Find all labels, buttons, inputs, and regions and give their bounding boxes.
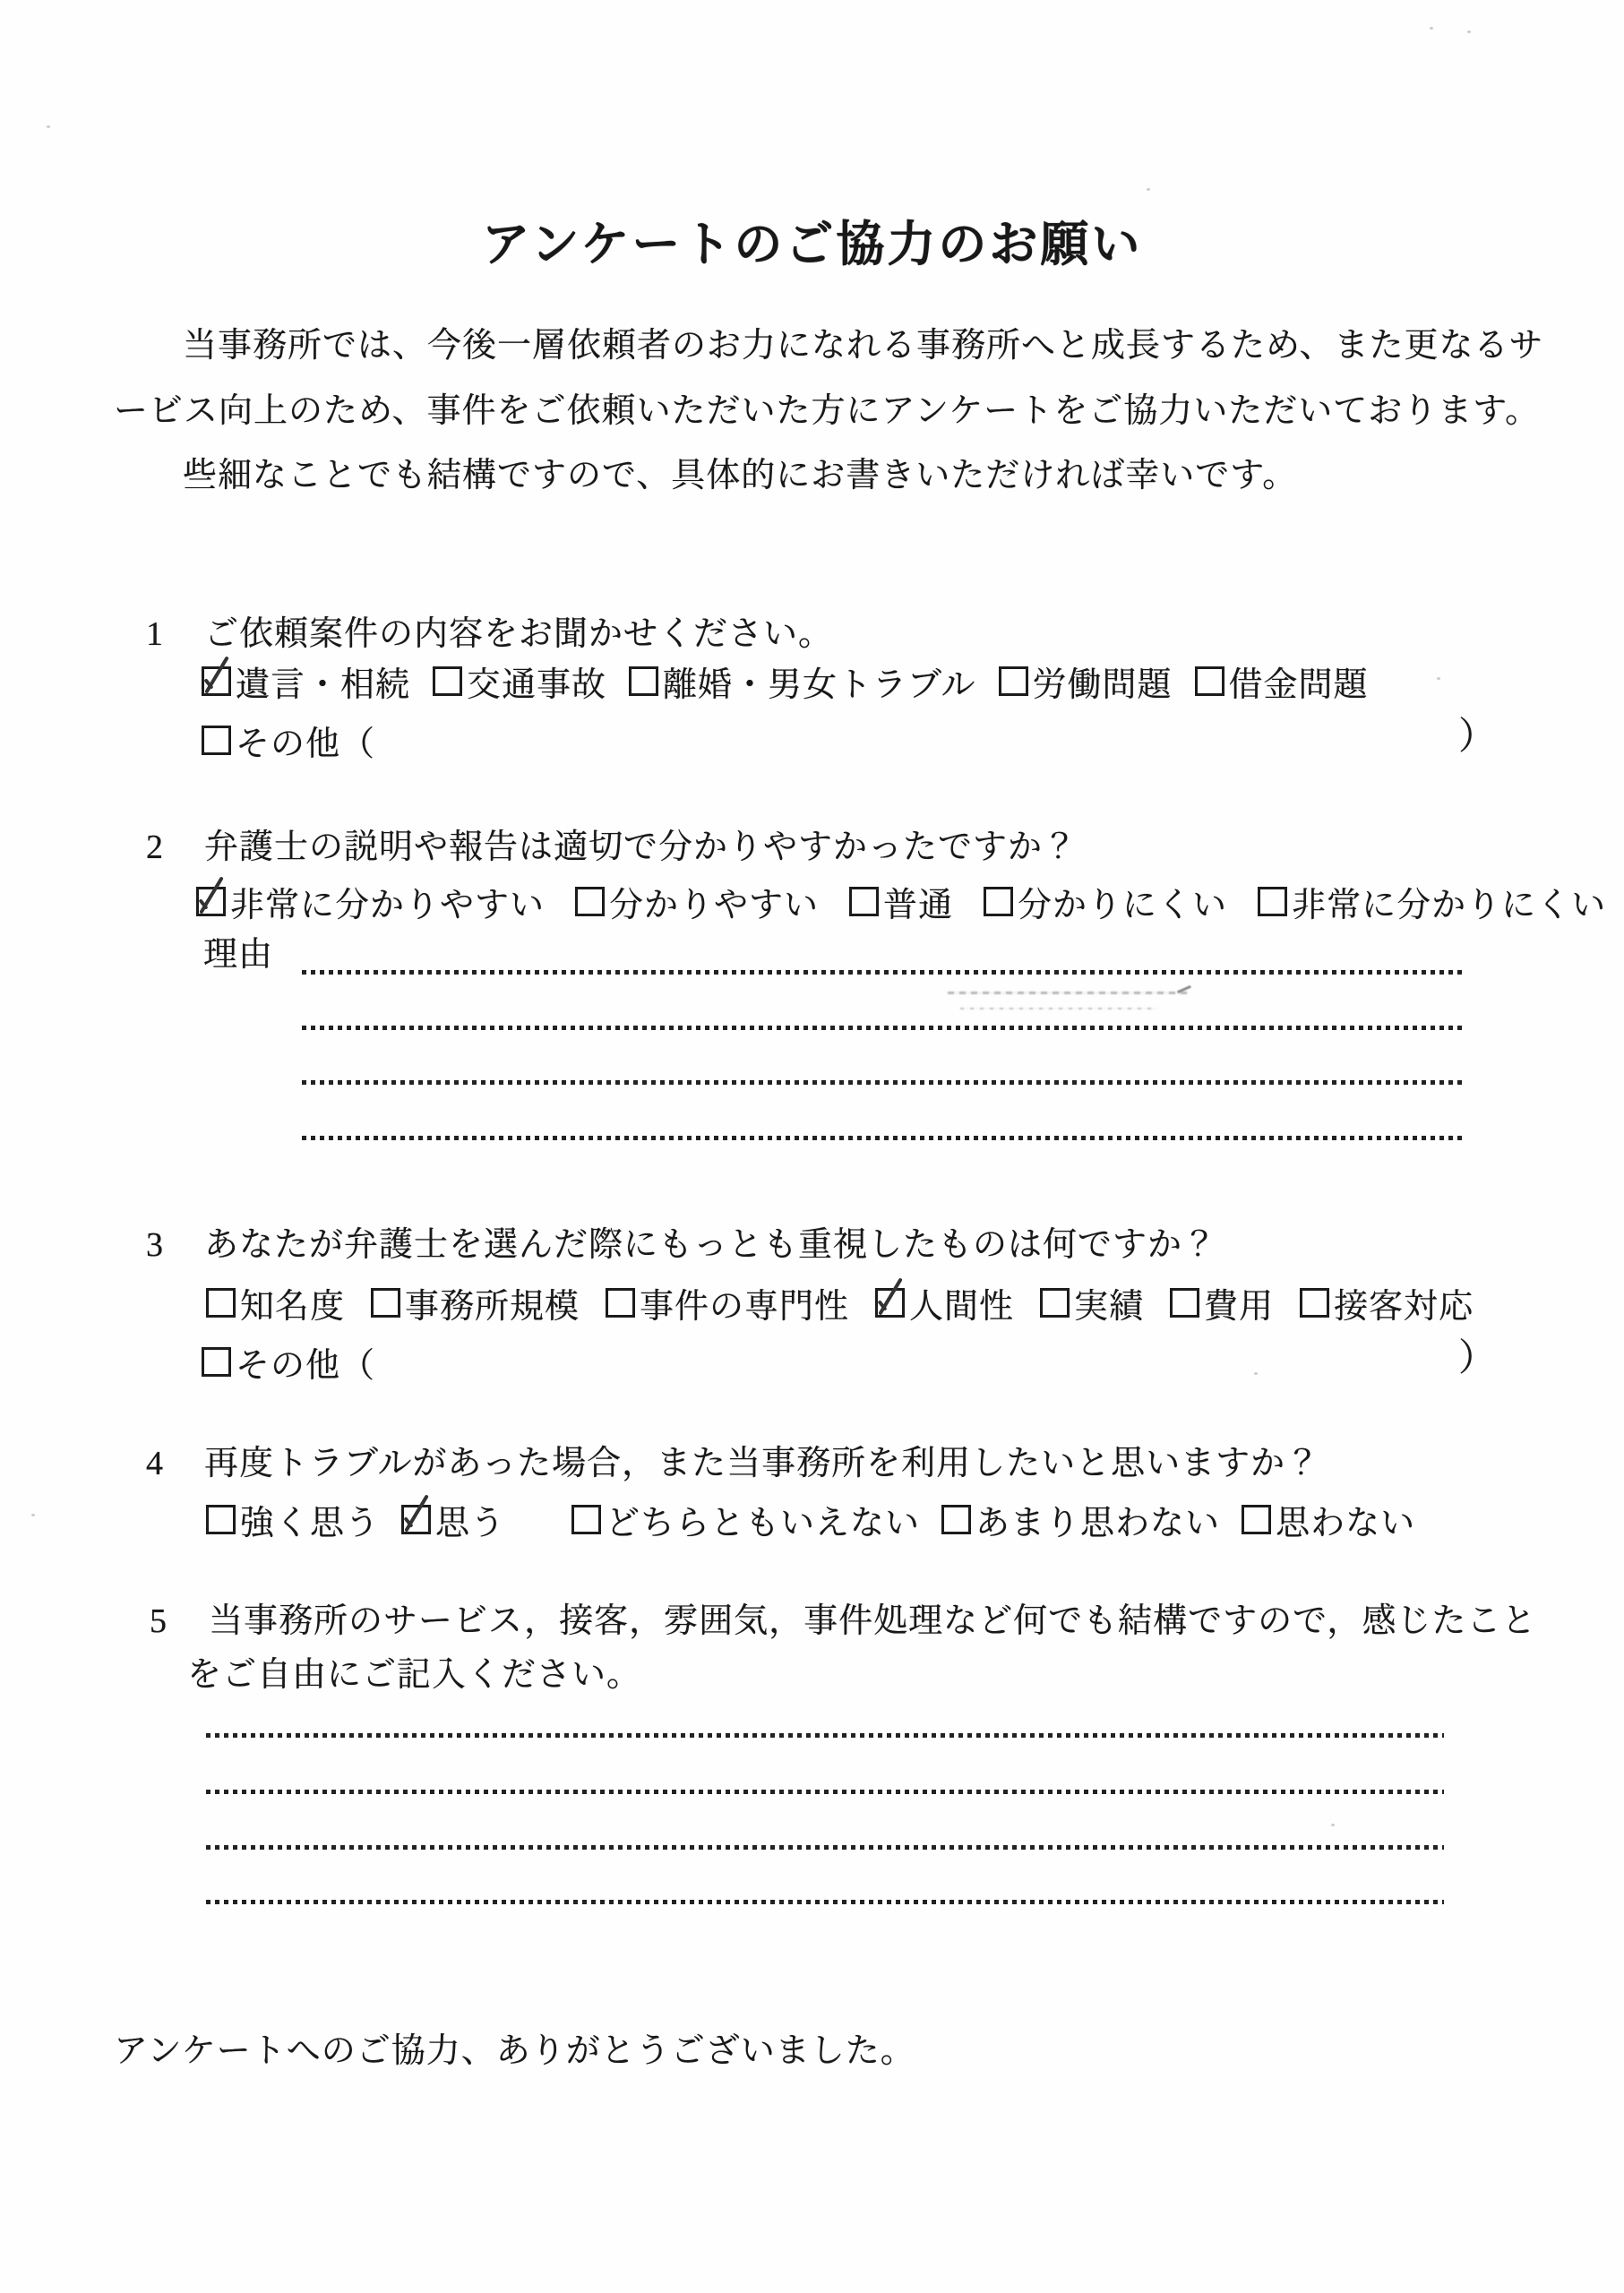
checkbox[interactable] — [875, 1288, 905, 1318]
checkbox[interactable] — [941, 1505, 971, 1534]
option-label: 接客対応 — [1334, 1278, 1474, 1327]
option-label: 強く思う — [240, 1495, 380, 1544]
q3-options-row: 知名度 事務所規模 事件の専門性 人間性 実績 費用 接客対応 — [206, 1281, 1474, 1324]
checkbox-option[interactable]: 強く思う — [206, 1495, 380, 1544]
question-text: ご依頼案件の内容をお聞かせください。 — [204, 614, 833, 656]
erased-pencil-smudge — [948, 985, 1188, 1016]
option-label: 人間性 — [909, 1278, 1014, 1327]
option-label: 非常に分かりにくい — [1292, 877, 1606, 926]
checkbox-option[interactable]: 非常に分かりにくい — [1258, 877, 1606, 926]
option-label: 費用 — [1204, 1278, 1274, 1327]
question-text: 再度トラブルがあった場合，また当事務所を利用したいと思いますか？ — [204, 1444, 1320, 1485]
checkbox-option[interactable]: 非常に分かりやすい — [196, 877, 545, 926]
checkbox-option[interactable]: 接客対応 — [1300, 1278, 1474, 1327]
checkbox-option-other[interactable]: その他（ — [202, 1337, 375, 1387]
checkbox-option[interactable]: 実績 — [1040, 1278, 1144, 1327]
checkbox-option[interactable]: 費用 — [1170, 1278, 1274, 1327]
checkbox-option[interactable]: 知名度 — [206, 1278, 345, 1327]
question-text: をご自由にご記入ください。 — [187, 1655, 641, 1696]
question-text: あなたが弁護士を選んだ際にもっとも重視したものは何ですか？ — [204, 1225, 1217, 1267]
option-label: 思わない — [1276, 1495, 1415, 1544]
option-label: 実績 — [1074, 1278, 1144, 1327]
checkbox-option[interactable]: 労働問題 — [999, 657, 1173, 706]
checkbox-option[interactable]: 借金問題 — [1195, 657, 1369, 706]
option-label: 事件の専門性 — [640, 1278, 849, 1327]
checkbox[interactable] — [206, 1288, 236, 1318]
question-number: 2 — [146, 828, 164, 869]
option-label: どちらともいえない — [606, 1495, 920, 1544]
checkbox-option[interactable]: 事件の専門性 — [606, 1278, 849, 1327]
checkbox[interactable] — [999, 666, 1028, 696]
closing-text: アンケートへのご協力、ありがとうございました。 — [114, 2031, 915, 2073]
checkbox-option[interactable]: 事務所規模 — [371, 1278, 580, 1327]
intro-line: 当事務所では、今後一層依頼者のお力になれる事務所へと成長するため、また更なるサ — [183, 326, 1543, 367]
checkbox[interactable] — [202, 666, 231, 696]
checkbox[interactable] — [206, 1505, 236, 1534]
checkbox[interactable] — [1242, 1505, 1271, 1534]
checkbox-option[interactable]: どちらともいえない — [571, 1495, 920, 1544]
q1-other-row: その他（ — [202, 718, 375, 761]
scan-speck — [47, 125, 50, 128]
intro-line: 些細なことでも結構ですので、具体的にお書きいただければ幸いです。 — [183, 456, 1297, 497]
checkbox-option[interactable]: 遺言・相続 — [202, 657, 410, 706]
checkbox[interactable] — [401, 1505, 431, 1534]
checkbox-option[interactable]: 人間性 — [875, 1278, 1014, 1327]
scan-speck — [1254, 1372, 1258, 1375]
scan-speck — [1331, 1824, 1335, 1826]
option-label: 借金問題 — [1229, 657, 1369, 706]
checkbox[interactable] — [1195, 666, 1224, 696]
checkbox[interactable] — [571, 1505, 601, 1534]
scan-speck — [1437, 677, 1440, 680]
checkbox[interactable] — [433, 666, 462, 696]
checkbox[interactable] — [984, 887, 1013, 916]
option-label: 知名度 — [240, 1278, 345, 1327]
checkbox-option[interactable]: 分かりにくい — [984, 877, 1227, 926]
scan-speck — [1467, 30, 1471, 33]
q4-options-row: 強く思う 思う どちらともいえない あまり思わない 思わない — [206, 1498, 1415, 1541]
option-label: 非常に分かりやすい — [230, 877, 545, 926]
checkbox-option-other[interactable]: その他（ — [202, 716, 375, 765]
checkbox[interactable] — [1300, 1288, 1329, 1318]
option-label: 労働問題 — [1033, 657, 1173, 706]
checkbox[interactable] — [202, 726, 231, 755]
option-label: 思う — [435, 1495, 505, 1544]
option-label: 普通 — [883, 877, 953, 926]
checkbox-option[interactable]: あまり思わない — [941, 1495, 1220, 1544]
checkbox-option[interactable]: 分かりやすい — [575, 877, 819, 926]
checkbox[interactable] — [606, 1288, 635, 1318]
checkbox[interactable] — [1258, 887, 1287, 916]
answer-line[interactable] — [302, 1026, 1462, 1030]
checkbox[interactable] — [202, 1347, 231, 1377]
option-label: その他（ — [236, 716, 375, 765]
q3-other-row: その他（ — [202, 1340, 375, 1383]
answer-line[interactable] — [206, 1733, 1444, 1738]
closing-paren: ） — [1458, 715, 1497, 760]
option-label: あまり思わない — [975, 1495, 1220, 1544]
option-label: 交通事故 — [467, 657, 606, 706]
scan-speck — [1430, 27, 1433, 30]
question-text: 当事務所のサービス，接客，雰囲気，事件処理など何でも結構ですので，感じたこと — [209, 1602, 1536, 1643]
page-title: アンケートのご協力のお願い — [0, 206, 1624, 275]
checkbox-option[interactable]: 離婚・男女トラブル — [629, 657, 975, 706]
checkbox-option[interactable]: 思う — [401, 1495, 505, 1544]
option-label: 離婚・男女トラブル — [663, 657, 975, 706]
answer-line[interactable] — [206, 1845, 1444, 1850]
option-label: 分かりやすい — [609, 877, 819, 926]
answer-line[interactable] — [302, 970, 1462, 975]
checkbox-option[interactable]: 思わない — [1242, 1495, 1415, 1544]
question-number: 1 — [146, 614, 164, 656]
checkbox[interactable] — [1040, 1288, 1070, 1318]
intro-line: ービス向上のため、事件をご依頼いただいた方にアンケートをご協力いただいております… — [114, 391, 1540, 433]
q1-options-row: 遺言・相続 交通事故 離婚・男女トラブル 労働問題 借金問題 — [202, 659, 1369, 702]
option-label: 事務所規模 — [405, 1278, 580, 1327]
scan-speck — [1147, 188, 1150, 191]
checkbox[interactable] — [1170, 1288, 1199, 1318]
question-number: 3 — [146, 1225, 164, 1267]
q2-options-row: 非常に分かりやすい 分かりやすい 普通 分かりにくい 非常に分かりにくい — [196, 880, 1606, 923]
reason-label: 理由 — [203, 935, 273, 976]
option-label: 分かりにくい — [1018, 877, 1227, 926]
question-text: 弁護士の説明や報告は適切で分かりやすかったですか？ — [204, 828, 1078, 869]
answer-line[interactable] — [302, 1136, 1462, 1140]
answer-line[interactable] — [206, 1900, 1444, 1904]
answer-line[interactable] — [206, 1790, 1444, 1794]
scan-speck — [31, 1514, 35, 1516]
checkbox[interactable] — [371, 1288, 400, 1318]
checkbox[interactable] — [196, 887, 226, 916]
option-label: 遺言・相続 — [236, 657, 410, 706]
checkbox-option[interactable]: 普通 — [849, 877, 953, 926]
question-number: 4 — [146, 1444, 164, 1485]
checkbox[interactable] — [575, 887, 605, 916]
closing-paren: ） — [1458, 1336, 1497, 1381]
checkbox-option[interactable]: 交通事故 — [433, 657, 606, 706]
scanned-survey-page: アンケートのご協力のお願い 当事務所では、今後一層依頼者のお力になれる事務所へと… — [0, 0, 1624, 2293]
question-number: 5 — [150, 1602, 168, 1643]
checkbox[interactable] — [849, 887, 879, 916]
answer-line[interactable] — [302, 1080, 1462, 1085]
checkbox[interactable] — [629, 666, 658, 696]
option-label: その他（ — [236, 1337, 375, 1387]
